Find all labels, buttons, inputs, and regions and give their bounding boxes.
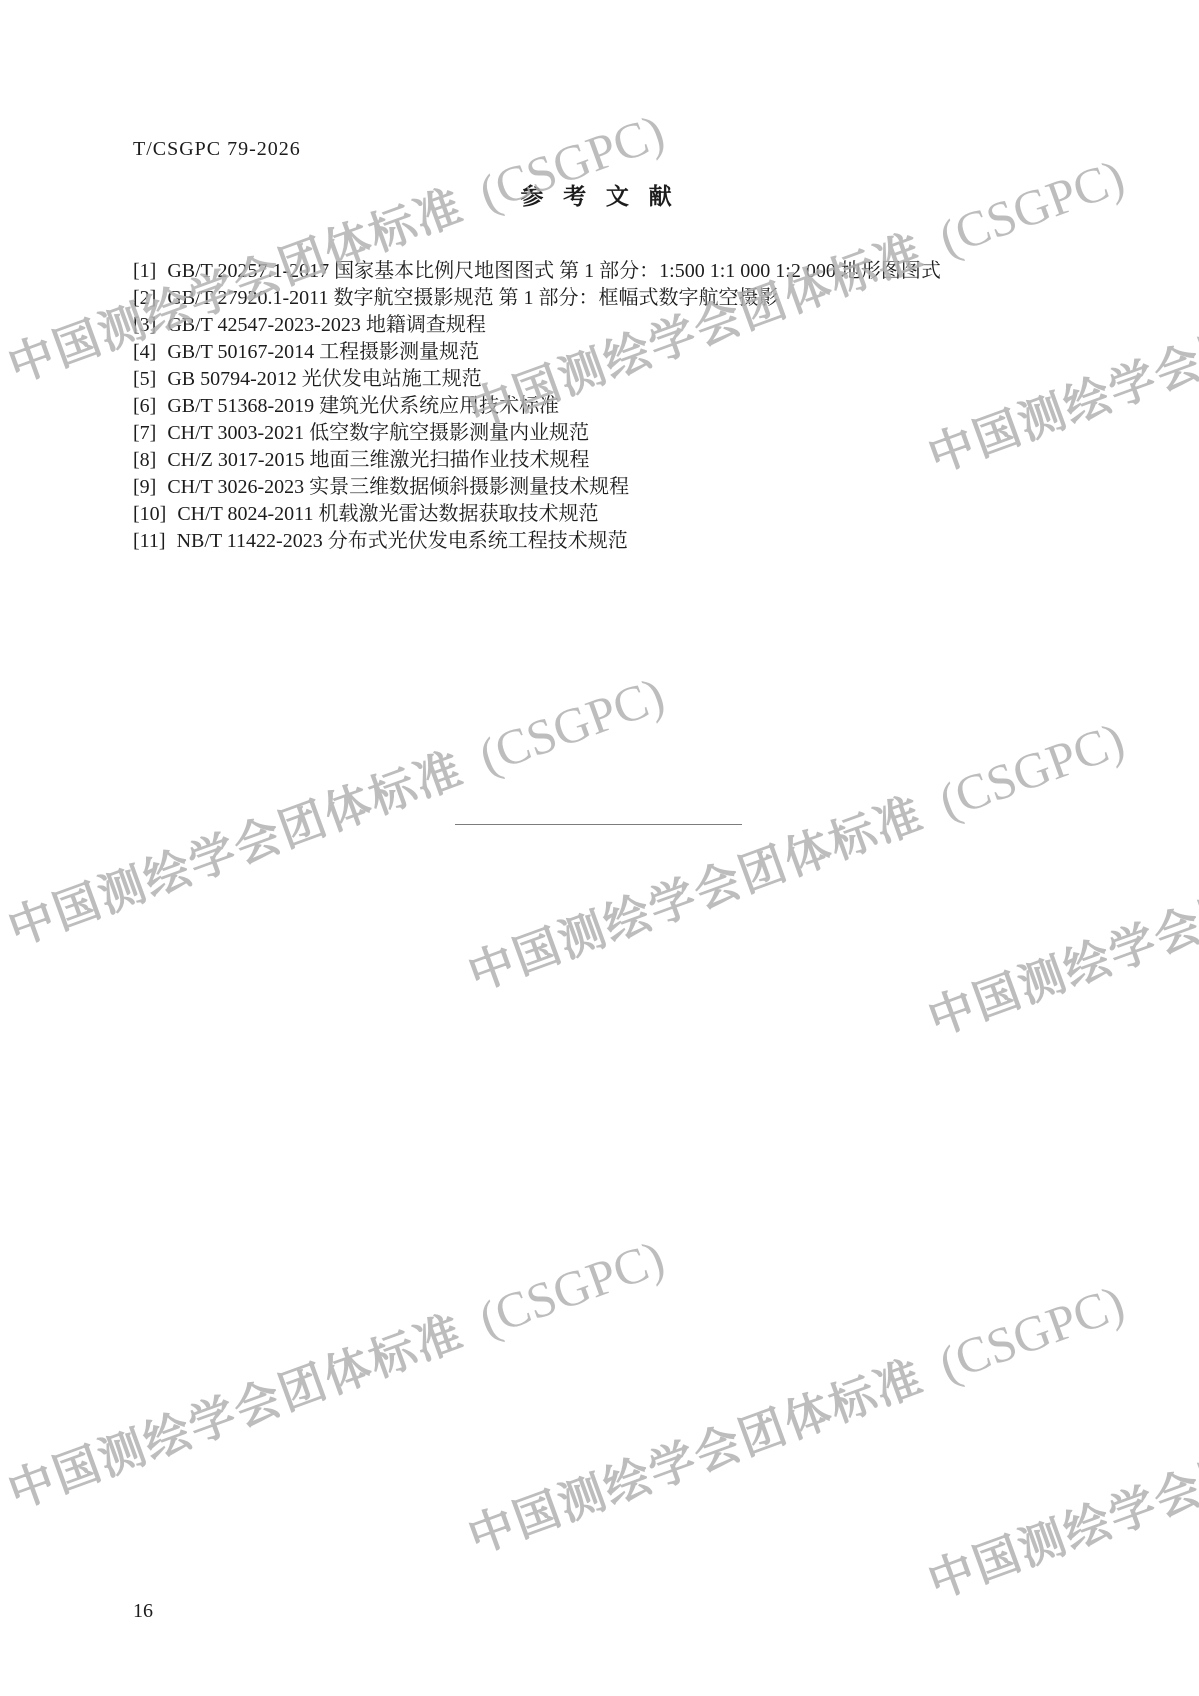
reference-item: [1]GB/T 20257.1-2017 国家基本比例尺地图图式 第 1 部分：…	[133, 258, 1073, 285]
reference-text: GB/T 20257.1-2017 国家基本比例尺地图图式 第 1 部分：1:5…	[167, 260, 941, 282]
watermark-layer: 中国测绘学会团体标准(CSGPC)中国测绘学会团体标准(CSGPC)中国测绘学会…	[0, 0, 1199, 1696]
reference-text: CH/T 3026-2023 实景三维数据倾斜摄影测量技术规程	[167, 476, 629, 498]
watermark-latin: (CSGPC)	[472, 666, 671, 784]
doc-code: T/CSGPC 79-2026	[133, 138, 301, 161]
reference-list: [1]GB/T 20257.1-2017 国家基本比例尺地图图式 第 1 部分：…	[133, 258, 1073, 555]
watermark-text: 中国测绘学会团体标准(CSGPC)	[459, 1272, 1131, 1566]
reference-text: CH/T 8024-2011 机载激光雷达数据获取技术规范	[177, 503, 598, 525]
reference-text: GB/T 42547-2023-2023 地籍调查规程	[167, 314, 486, 336]
watermark-cjk: 中国测绘学会团体标准	[921, 1395, 1199, 1608]
reference-label: [1]	[133, 260, 156, 282]
reference-label: [10]	[133, 503, 166, 525]
watermark-cjk: 中国测绘学会团体标准	[461, 787, 930, 1000]
reference-label: [7]	[133, 422, 156, 444]
watermark-text: 中国测绘学会团体标准(CSGPC)	[919, 1317, 1199, 1611]
watermark-text: 中国测绘学会团体标准(CSGPC)	[0, 1227, 672, 1521]
page-number: 16	[133, 1600, 153, 1623]
footnote-divider	[455, 824, 742, 825]
reference-item: [4]GB/T 50167-2014 工程摄影测量规范	[133, 339, 1073, 366]
reference-item: [7]CH/T 3003-2021 低空数字航空摄影测量内业规范	[133, 420, 1073, 447]
reference-label: [3]	[133, 314, 156, 336]
reference-item: [10]CH/T 8024-2011 机载激光雷达数据获取技术规范	[133, 501, 1073, 528]
watermark-latin: (CSGPC)	[932, 711, 1131, 829]
reference-item: [3]GB/T 42547-2023-2023 地籍调查规程	[133, 312, 1073, 339]
watermark-cjk: 中国测绘学会团体标准	[921, 832, 1199, 1045]
reference-label: [2]	[133, 287, 156, 309]
reference-text: GB/T 51368-2019 建筑光伏系统应用技术标准	[167, 395, 559, 417]
watermark-text: 中国测绘学会团体标准(CSGPC)	[459, 709, 1131, 1003]
watermark-text: 中国测绘学会团体标准(CSGPC)	[919, 754, 1199, 1048]
watermark-cjk: 中国测绘学会团体标准	[461, 1350, 930, 1563]
reference-label: [6]	[133, 395, 156, 417]
watermark-cjk: 中国测绘学会团体标准	[1, 1305, 470, 1518]
reference-text: CH/T 3003-2021 低空数字航空摄影测量内业规范	[167, 422, 589, 444]
reference-label: [8]	[133, 449, 156, 471]
reference-label: [9]	[133, 476, 156, 498]
reference-text: GB 50794-2012 光伏发电站施工规范	[167, 368, 481, 390]
reference-item: [6]GB/T 51368-2019 建筑光伏系统应用技术标准	[133, 393, 1073, 420]
reference-item: [2]GB/T 27920.1-2011 数字航空摄影规范 第 1 部分：框幅式…	[133, 285, 1073, 312]
page-title: 参 考 文 献	[0, 178, 1199, 211]
reference-label: [11]	[133, 530, 166, 552]
watermark-cjk: 中国测绘学会团体标准	[1, 742, 470, 955]
reference-text: GB/T 27920.1-2011 数字航空摄影规范 第 1 部分：框幅式数字航…	[167, 287, 778, 309]
reference-item: [5]GB 50794-2012 光伏发电站施工规范	[133, 366, 1073, 393]
reference-label: [5]	[133, 368, 156, 390]
reference-item: [11]NB/T 11422-2023 分布式光伏发电系统工程技术规范	[133, 528, 1073, 555]
reference-item: [9]CH/T 3026-2023 实景三维数据倾斜摄影测量技术规程	[133, 474, 1073, 501]
watermark-text: 中国测绘学会团体标准(CSGPC)	[0, 664, 672, 958]
reference-text: NB/T 11422-2023 分布式光伏发电系统工程技术规范	[177, 530, 628, 552]
watermark-latin: (CSGPC)	[472, 1229, 671, 1347]
reference-item: [8]CH/Z 3017-2015 地面三维激光扫描作业技术规程	[133, 447, 1073, 474]
reference-text: GB/T 50167-2014 工程摄影测量规范	[167, 341, 479, 363]
page: T/CSGPC 79-2026 参 考 文 献 [1]GB/T 20257.1-…	[0, 0, 1199, 1696]
reference-text: CH/Z 3017-2015 地面三维激光扫描作业技术规程	[167, 449, 589, 471]
reference-label: [4]	[133, 341, 156, 363]
watermark-latin: (CSGPC)	[932, 1274, 1131, 1392]
